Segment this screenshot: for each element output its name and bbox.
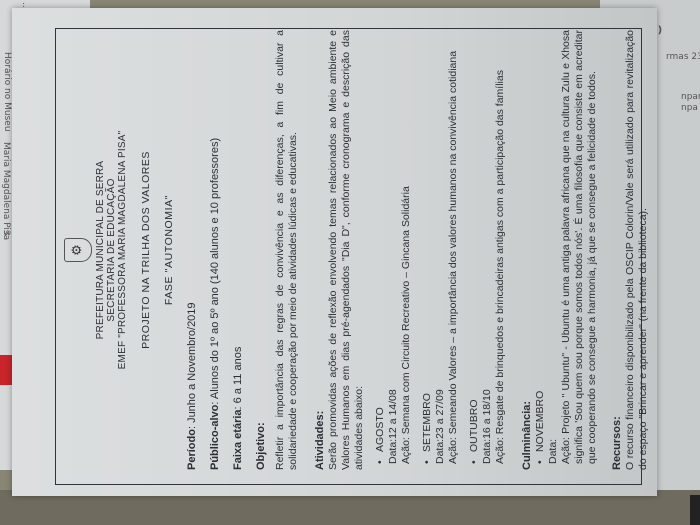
- objetivo-text: Refletir a importância das regras de con…: [274, 30, 300, 470]
- shadow-corner: [690, 495, 700, 525]
- month-name: SETEMBRO: [421, 393, 433, 452]
- header-line-3: EMEF "PROFESSORA MARIA MAGDALENA PISA": [117, 30, 128, 470]
- month-date: Data:23 a 27/09: [434, 30, 447, 464]
- objetivo-heading: Objetivo:: [255, 30, 268, 470]
- municipal-crest-icon: ⚙: [64, 238, 92, 262]
- header-line-2: SECRETARIA DE EDUCAÇÃO: [106, 30, 117, 470]
- culminancia-month-name: NOVEMBRO: [534, 391, 546, 452]
- culminancia-action: Ação: Projeto " Ubuntu" - Ubuntu é uma a…: [560, 30, 599, 470]
- bullet-icon: •: [421, 452, 434, 464]
- month-name: OUTUBRO: [468, 400, 480, 453]
- bg-text: npar: [681, 92, 700, 102]
- periodo-label: Período: [186, 429, 198, 470]
- month-action: Ação: Semana com Circuito Recreativo – G…: [400, 30, 413, 464]
- culminancia-month: •NOVEMBRO: [534, 30, 547, 470]
- bullet-icon: •: [468, 452, 481, 464]
- faixa-value: : 6 a 11 anos: [232, 347, 244, 410]
- bg-text: 3: [1, 230, 11, 236]
- month-action: Ação: Semeando Valores – a importância d…: [447, 30, 460, 464]
- month-block-outubro: •OUTUBRO Data:16 a 18/10 Ação: Resgate d…: [468, 30, 507, 470]
- project-document: ⚙ PREFEITURA MUNICIPAL DE SERRA SECRETAR…: [60, 30, 630, 470]
- publico-field: Público-alvo: Alunos do 1º ao 5º ano (14…: [209, 30, 222, 470]
- month-action: Ação: Resgate de brinquedos e brincadeir…: [494, 30, 507, 464]
- culminancia-heading: Culminância:: [521, 30, 534, 470]
- periodo-field: Período: Junho a Novembro/2019: [186, 30, 199, 470]
- faixa-label: Faixa etária: [232, 409, 244, 470]
- month-name: AGOSTO: [374, 407, 386, 452]
- month-date: Data:16 a 18/10: [481, 30, 494, 464]
- periodo-value: : Junho a Novembro/2019: [186, 302, 198, 429]
- month-block-setembro: •SETEMBRO Data:23 a 27/09 Ação: Semeando…: [421, 30, 460, 470]
- publico-label: Público-alvo: [209, 405, 221, 470]
- bullet-icon: •: [534, 452, 547, 464]
- bg-text: Maria Magdalena Pisa: [1, 142, 11, 240]
- header-line-1: PREFEITURA MUNICIPAL DE SERRA: [95, 30, 106, 470]
- culminancia-date: Data:: [547, 30, 560, 470]
- bg-text: rmas 23: [666, 52, 700, 62]
- month-block-agosto: •AGOSTO Data:12 a 14/08 Ação: Semana com…: [374, 30, 413, 470]
- month-date: Data:12 a 14/08: [387, 30, 400, 464]
- atividades-heading: Atividades:: [314, 30, 327, 470]
- bullet-icon: •: [374, 452, 387, 464]
- document-title: PROJETO NA TRILHA DOS VALORES: [140, 30, 153, 470]
- atividades-intro: Serão promovidas ações de reflexão envol…: [327, 30, 366, 470]
- document-header: ⚙ PREFEITURA MUNICIPAL DE SERRA SECRETAR…: [64, 30, 128, 470]
- publico-value: : Alunos do 1º ao 5º ano (140 alunos e 1…: [209, 138, 221, 405]
- bg-text: npa: [681, 103, 698, 113]
- recursos-text: O recurso financeiro disponibilizado pel…: [624, 30, 650, 470]
- recursos-heading: Recursos:: [611, 30, 624, 470]
- bg-text: Horário no Museu: [2, 52, 12, 132]
- document-subtitle: FASE "AUTONOMIA": [163, 30, 176, 470]
- faixa-field: Faixa etária: 6 a 11 anos: [232, 30, 245, 470]
